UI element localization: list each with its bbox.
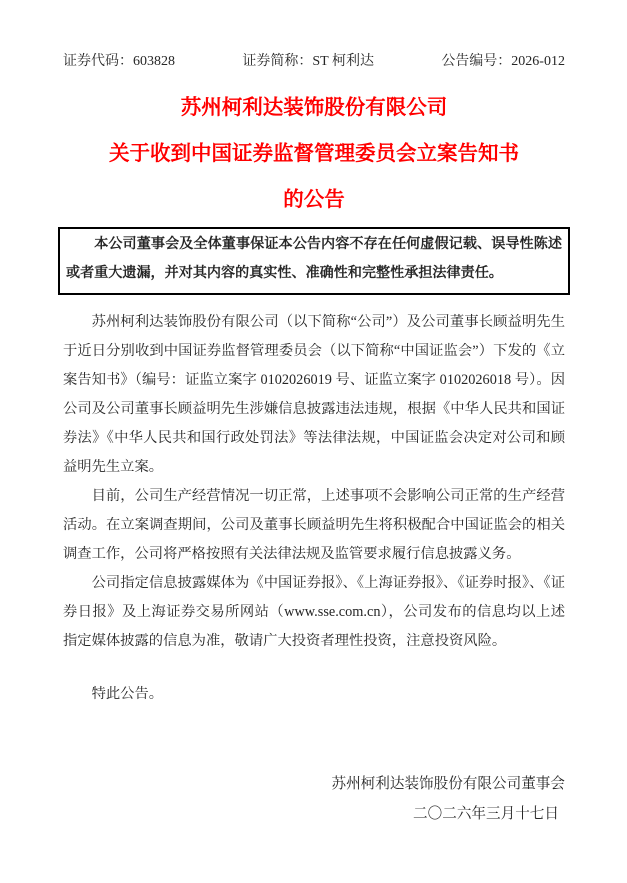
body-paragraph-2: 目前，公司生产经营情况一切正常，上述事项不会影响公司正常的生产经营活动。在立案调… (63, 482, 565, 569)
title-line-3: 的公告 (63, 177, 565, 223)
title-line-2: 关于收到中国证券监督管理委员会立案告知书 (63, 131, 565, 177)
document-header: 证券代码：603828 证券简称：ST 柯利达 公告编号：2026-012 (63, 52, 565, 72)
body-paragraph-3: 公司指定信息披露媒体为《中国证券报》、《上海证券报》、《证券时报》、《证券日报》… (63, 569, 565, 656)
signature-date: 二〇二六年三月十七日 (63, 799, 565, 829)
title-line-1: 苏州柯利达装饰股份有限公司 (63, 85, 565, 131)
document-title: 苏州柯利达装饰股份有限公司 关于收到中国证券监督管理委员会立案告知书 的公告 (63, 85, 565, 223)
signature-company: 苏州柯利达装饰股份有限公司董事会 (63, 769, 565, 799)
announcement-number-label: 公告编号：2026-012 (441, 52, 565, 72)
stock-code-label: 证券代码：603828 (63, 52, 175, 72)
signature-block: 苏州柯利达装饰股份有限公司董事会 二〇二六年三月十七日 (63, 769, 565, 829)
board-statement-box: 本公司董事会及全体董事保证本公告内容不存在任何虚假记载、误导性陈述或者重大遗漏，… (58, 227, 570, 295)
announcement-document: 证券代码：603828 证券简称：ST 柯利达 公告编号：2026-012 苏州… (0, 0, 627, 883)
stock-short-name-label: 证券简称：ST 柯利达 (242, 52, 374, 72)
body-paragraph-1: 苏州柯利达装饰股份有限公司（以下简称“公司”）及公司董事长顾益明先生于近日分别收… (63, 308, 565, 482)
closing-note: 特此公告。 (63, 680, 565, 709)
